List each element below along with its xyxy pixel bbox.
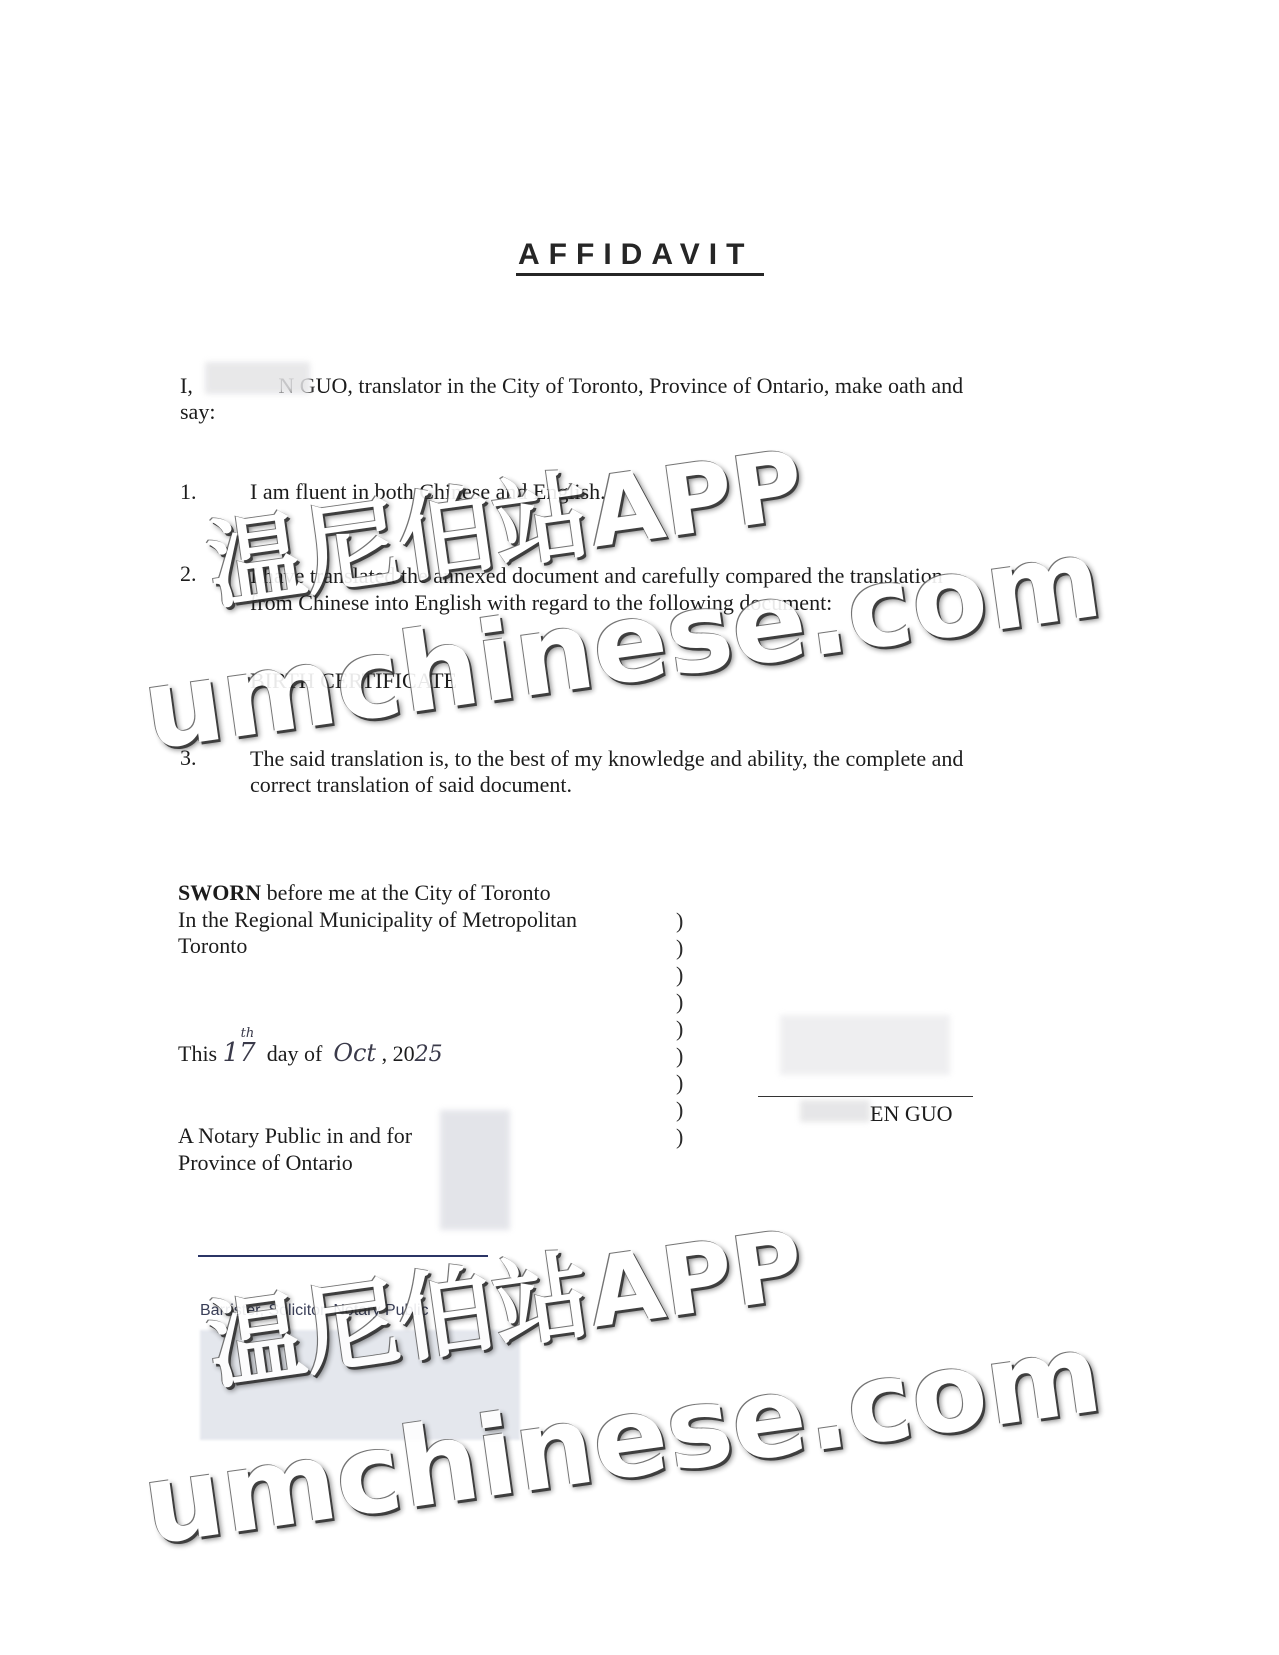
handwritten-year: 25 (415, 1042, 443, 1067)
intro-rest: , translator in the City of Toronto, Pro… (347, 373, 963, 398)
notary-line-2: Province of Ontario (178, 1149, 353, 1177)
paragraph-3-line-1: The said translation is, to the best of … (250, 745, 963, 773)
sworn-rest: before me at the City of Toronto (261, 880, 550, 905)
sworn-bold: SWORN (178, 880, 261, 905)
stamp-text: Barrister, Solicitor, Notary Public (200, 1302, 429, 1320)
notary-signature-redaction (440, 1110, 510, 1230)
parenthesis: ) (676, 989, 683, 1015)
redaction-blur (205, 362, 310, 394)
watermark-site-top: umchinese.com (136, 514, 1109, 775)
parenthesis: ) (676, 1097, 683, 1123)
notary-line-1: A Notary Public in and for (178, 1122, 412, 1150)
paragraph-1-number: 1. (180, 478, 197, 506)
date-middle: day of (267, 1041, 323, 1066)
parenthesis: ) (676, 908, 683, 934)
handwritten-day-suffix: th (241, 1020, 255, 1048)
title-underline (516, 273, 764, 276)
parenthesis: ) (676, 935, 683, 961)
paragraph-2-line-2: from Chinese into English with regard to… (250, 589, 832, 617)
deponent-signature-redaction (780, 1015, 950, 1075)
parenthesis: ) (676, 962, 683, 988)
parenthesis: ) (676, 1043, 683, 1069)
document-title: AFFIDAVIT (518, 238, 753, 272)
date-prefix: This (178, 1041, 217, 1066)
notary-signature-line (198, 1255, 488, 1257)
paragraph-1-line-1: I am fluent in both Chinese and English. (250, 478, 606, 506)
parenthesis: ) (676, 1016, 683, 1042)
intro-prefix: I, (180, 373, 198, 398)
sworn-line: SWORN before me at the City of Toronto (178, 879, 551, 907)
notary-stamp (200, 1330, 520, 1440)
handwritten-day: 17th (223, 1038, 256, 1068)
jurat-line-3: Toronto (178, 932, 247, 960)
paragraph-2-line-1: I have translated the annexed document a… (250, 562, 943, 590)
date-year-prefix: , 20 (382, 1041, 415, 1066)
jurat-line-2: In the Regional Municipality of Metropol… (178, 906, 577, 934)
intro-line-2: say: (180, 398, 215, 426)
parenthesis: ) (676, 1124, 683, 1150)
handwritten-month: Oct (333, 1039, 376, 1067)
paragraph-3-line-2: correct translation of said document. (250, 771, 572, 799)
paragraph-2-number: 2. (180, 560, 197, 588)
document-name: BIRTH CERTIFICATE (250, 667, 457, 695)
paragraph-3-number: 3. (180, 744, 197, 772)
date-line: This 17th day of Oct , 2025 (178, 1039, 443, 1069)
deponent-name: EN GUO (870, 1100, 953, 1128)
parenthesis: ) (676, 1070, 683, 1096)
deponent-name-redaction (800, 1100, 870, 1122)
signature-line (758, 1096, 973, 1097)
